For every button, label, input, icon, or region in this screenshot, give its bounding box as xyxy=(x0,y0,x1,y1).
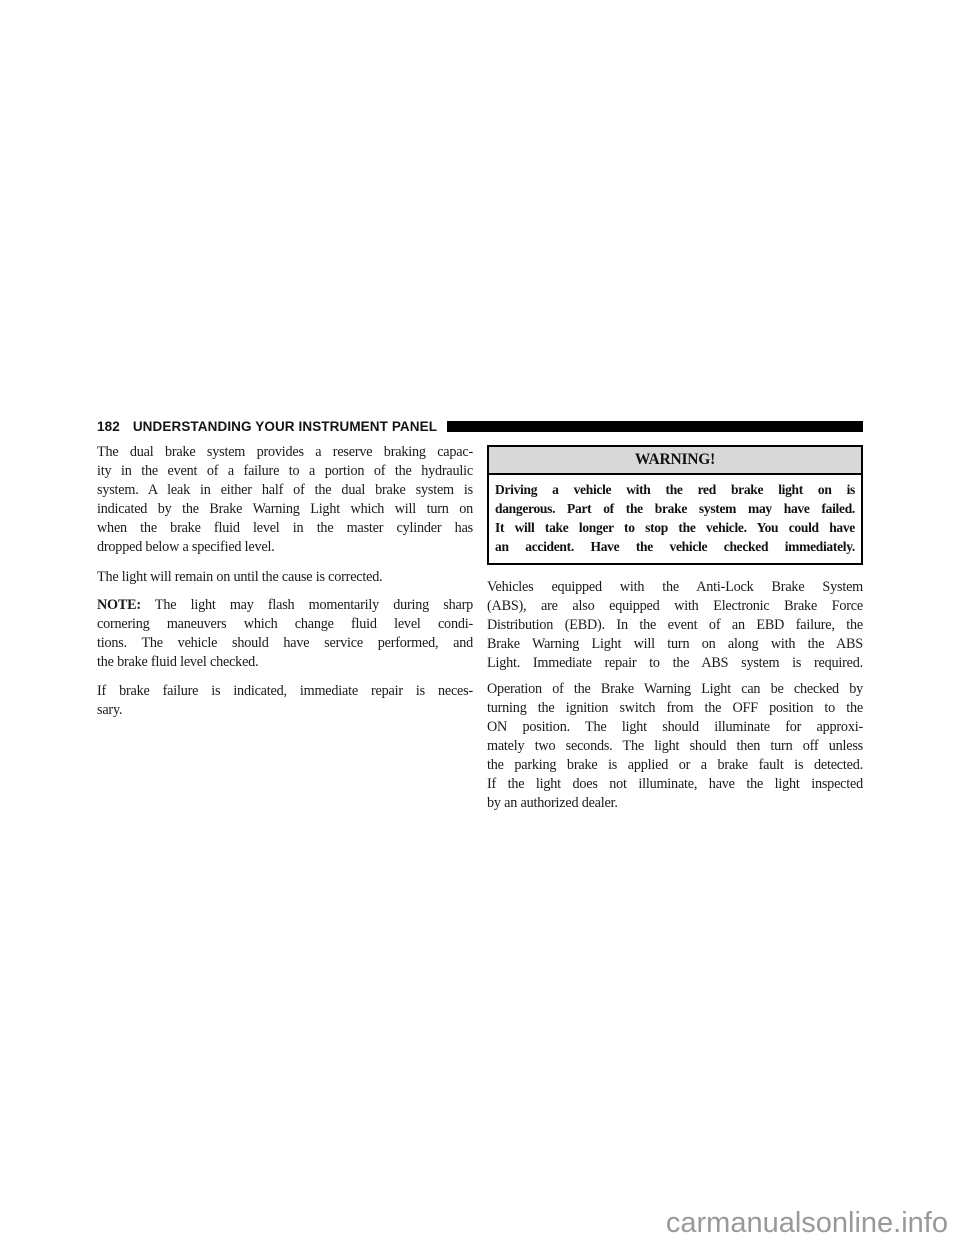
body-line: dropped below a specified level. xyxy=(97,538,473,557)
running-header-title: UNDERSTANDING YOUR INSTRUMENT PANEL xyxy=(133,419,437,434)
body-line: cornering maneuvers which change fluid l… xyxy=(97,615,473,634)
body-line: If brake failure is indicated, immediate… xyxy=(97,682,473,701)
body-line: If the light does not illuminate, have t… xyxy=(487,775,863,794)
warning-box: WARNING! Driving a vehicle with the red … xyxy=(487,445,863,565)
two-column-text: The dual brake system provides a reserve… xyxy=(97,443,863,813)
warning-title: WARNING! xyxy=(489,447,861,475)
body-line: The light will remain on until the cause… xyxy=(97,568,473,587)
body-line: the parking brake is applied or a brake … xyxy=(487,756,863,775)
body-line: The dual brake system provides a reserve… xyxy=(97,443,473,462)
body-line: NOTE: The light may flash momentarily du… xyxy=(97,596,473,615)
paragraph-light-check: Operation of the Brake Warning Light can… xyxy=(487,680,863,813)
body-line: Operation of the Brake Warning Light can… xyxy=(487,680,863,699)
warning-line: Driving a vehicle with the red brake lig… xyxy=(495,480,855,499)
body-line: by an authorized dealer. xyxy=(487,794,863,813)
warning-body: Driving a vehicle with the red brake lig… xyxy=(489,475,861,563)
body-line: ON position. The light should illuminate… xyxy=(487,718,863,737)
body-line: indicated by the Brake Warning Light whi… xyxy=(97,500,473,519)
body-line: when the brake fluid level in the master… xyxy=(97,519,473,538)
watermark-text: carmanualsonline.info xyxy=(666,1207,948,1240)
body-line: Vehicles equipped with the Anti-Lock Bra… xyxy=(487,578,863,597)
right-column: WARNING! Driving a vehicle with the red … xyxy=(487,443,863,813)
body-line: Distribution (EBD). In the event of an E… xyxy=(487,616,863,635)
warning-line: It will take longer to stop the vehicle.… xyxy=(495,518,855,537)
running-header: 182 UNDERSTANDING YOUR INSTRUMENT PANEL xyxy=(97,419,863,434)
body-line: Light. Immediate repair to the ABS syste… xyxy=(487,654,863,673)
body-line: Brake Warning Light will turn on along w… xyxy=(487,635,863,654)
body-line: turning the ignition switch from the OFF… xyxy=(487,699,863,718)
body-line: sary. xyxy=(97,701,473,720)
warning-line: an accident. Have the vehicle checked im… xyxy=(495,537,855,556)
body-line: the brake fluid level checked. xyxy=(97,653,473,672)
note-label: NOTE: xyxy=(97,597,141,613)
body-line: tions. The vehicle should have service p… xyxy=(97,634,473,653)
body-line: (ABS), are also equipped with Electronic… xyxy=(487,597,863,616)
paragraph-dual-brake-system: The dual brake system provides a reserve… xyxy=(97,443,473,557)
warning-line: dangerous. Part of the brake system may … xyxy=(495,499,855,518)
body-line: ity in the event of a failure to a porti… xyxy=(97,462,473,481)
body-line: system. A leak in either half of the dua… xyxy=(97,481,473,500)
page-number: 182 xyxy=(97,419,120,434)
manual-page-content: 182 UNDERSTANDING YOUR INSTRUMENT PANEL … xyxy=(97,419,863,813)
body-line: mately two seconds. The light should the… xyxy=(487,737,863,756)
header-rule-bar xyxy=(447,421,863,432)
paragraph-brake-failure: If brake failure is indicated, immediate… xyxy=(97,682,473,720)
paragraph-note: NOTE: The light may flash momentarily du… xyxy=(97,596,473,672)
paragraph-abs-ebd: Vehicles equipped with the Anti-Lock Bra… xyxy=(487,578,863,673)
paragraph-light-remain: The light will remain on until the cause… xyxy=(97,568,473,587)
note-text: The light may flash momentarily during s… xyxy=(155,597,473,613)
left-column: The dual brake system provides a reserve… xyxy=(97,443,473,813)
